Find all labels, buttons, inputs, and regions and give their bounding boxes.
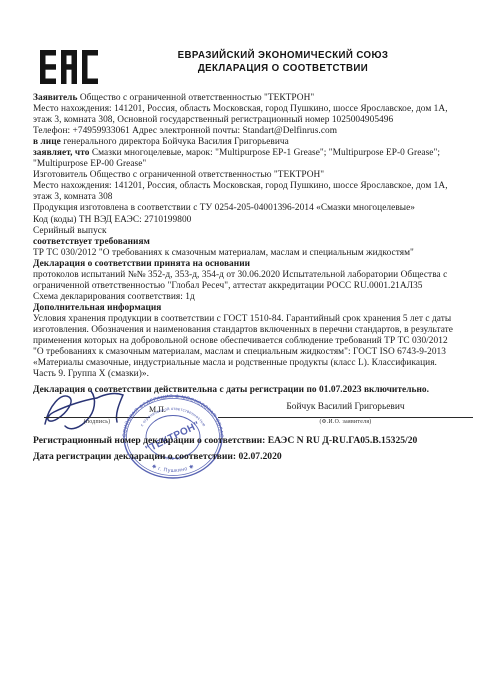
doc-line: этаж 3, комната 308, Основной государств… <box>33 115 479 126</box>
registration-number: Регистрационный номер декларации о соотв… <box>33 435 488 446</box>
doc-line: Место нахождения: 141201, Россия, област… <box>33 181 479 192</box>
eac-logo-icon: ЕАС <box>40 50 98 84</box>
doc-line: Серийный выпуск <box>33 226 479 237</box>
doc-line: этаж 3, комната 308 <box>33 192 479 203</box>
doc-line: соответствует требованиям <box>33 237 479 248</box>
doc-line: Код (коды) ТН ВЭД ЕАЭС: 2710199800 <box>33 215 479 226</box>
doc-line: Продукция изготовлена в соответствии с Т… <box>33 203 479 214</box>
doc-line: "Multipurpose EP-00 Grease" <box>33 159 479 170</box>
title-union: ЕВРАЗИЙСКИЙ ЭКОНОМИЧЕСКИЙ СОЮЗ <box>120 49 446 62</box>
doc-line: Заявитель Общество с ограниченной ответс… <box>33 93 479 104</box>
doc-line: «Материалы смазочные, индустриальные мас… <box>33 358 479 369</box>
applicant-name-line <box>218 417 473 418</box>
doc-line: в лице генерального директора Бойчука Ва… <box>33 137 479 148</box>
doc-line: протоколов испытаний №№ 352-д, 353-д, 35… <box>33 270 479 281</box>
svg-text:✱ г. Пушкино ✱: ✱ г. Пушкино ✱ <box>151 464 195 474</box>
doc-line: ТР ТС 030/2012 "О требованиях к смазочны… <box>33 248 479 259</box>
applicant-name: Бойчук Василий Григорьевич <box>218 402 473 412</box>
doc-line: Декларация о соответствии принята на осн… <box>33 259 479 270</box>
doc-line: Изготовитель Общество с ограниченной отв… <box>33 170 479 181</box>
stamp-outer-bottom-text: ✱ г. Пушкино ✱ <box>151 464 195 474</box>
doc-line: Схема декларирования соответствия: 1д <box>33 292 479 303</box>
doc-line: ограниченной ответственностью "Глобал Ре… <box>33 281 479 292</box>
doc-line: Условия хранения продукции в соответстви… <box>33 314 479 325</box>
document-title: ЕВРАЗИЙСКИЙ ЭКОНОМИЧЕСКИЙ СОЮЗ ДЕКЛАРАЦИ… <box>120 49 446 75</box>
doc-line: применения которых на добровольной основ… <box>33 336 479 347</box>
applicant-name-caption: (Ф.И.О. заявителя) <box>218 419 473 425</box>
registration-date: Дата регистрации декларации о соответств… <box>33 451 488 462</box>
doc-line: изготовления. Обозначения и наименования… <box>33 325 479 336</box>
doc-line: "О требованиях к смазочным материалам, м… <box>33 347 479 358</box>
doc-line: заявляет, что Смазки многоцелевые, марок… <box>33 148 479 159</box>
doc-line: Дополнительная информация <box>33 303 479 314</box>
declaration-document: ЕАС ЕВРАЗИЙСКИЙ ЭКОНОМИЧЕСКИЙ СОЮЗ ДЕКЛА… <box>0 0 503 700</box>
document-body: Заявитель Общество с ограниченной ответс… <box>33 93 479 396</box>
doc-line: Часть 9. Группа X (смазки)». <box>33 369 479 380</box>
title-declaration: ДЕКЛАРАЦИЯ О СООТВЕТСТВИИ <box>120 62 446 75</box>
doc-line: Место нахождения: 141201, Россия, област… <box>33 104 479 115</box>
doc-line: Телефон: +74959933061 Адрес электронной … <box>33 126 479 137</box>
